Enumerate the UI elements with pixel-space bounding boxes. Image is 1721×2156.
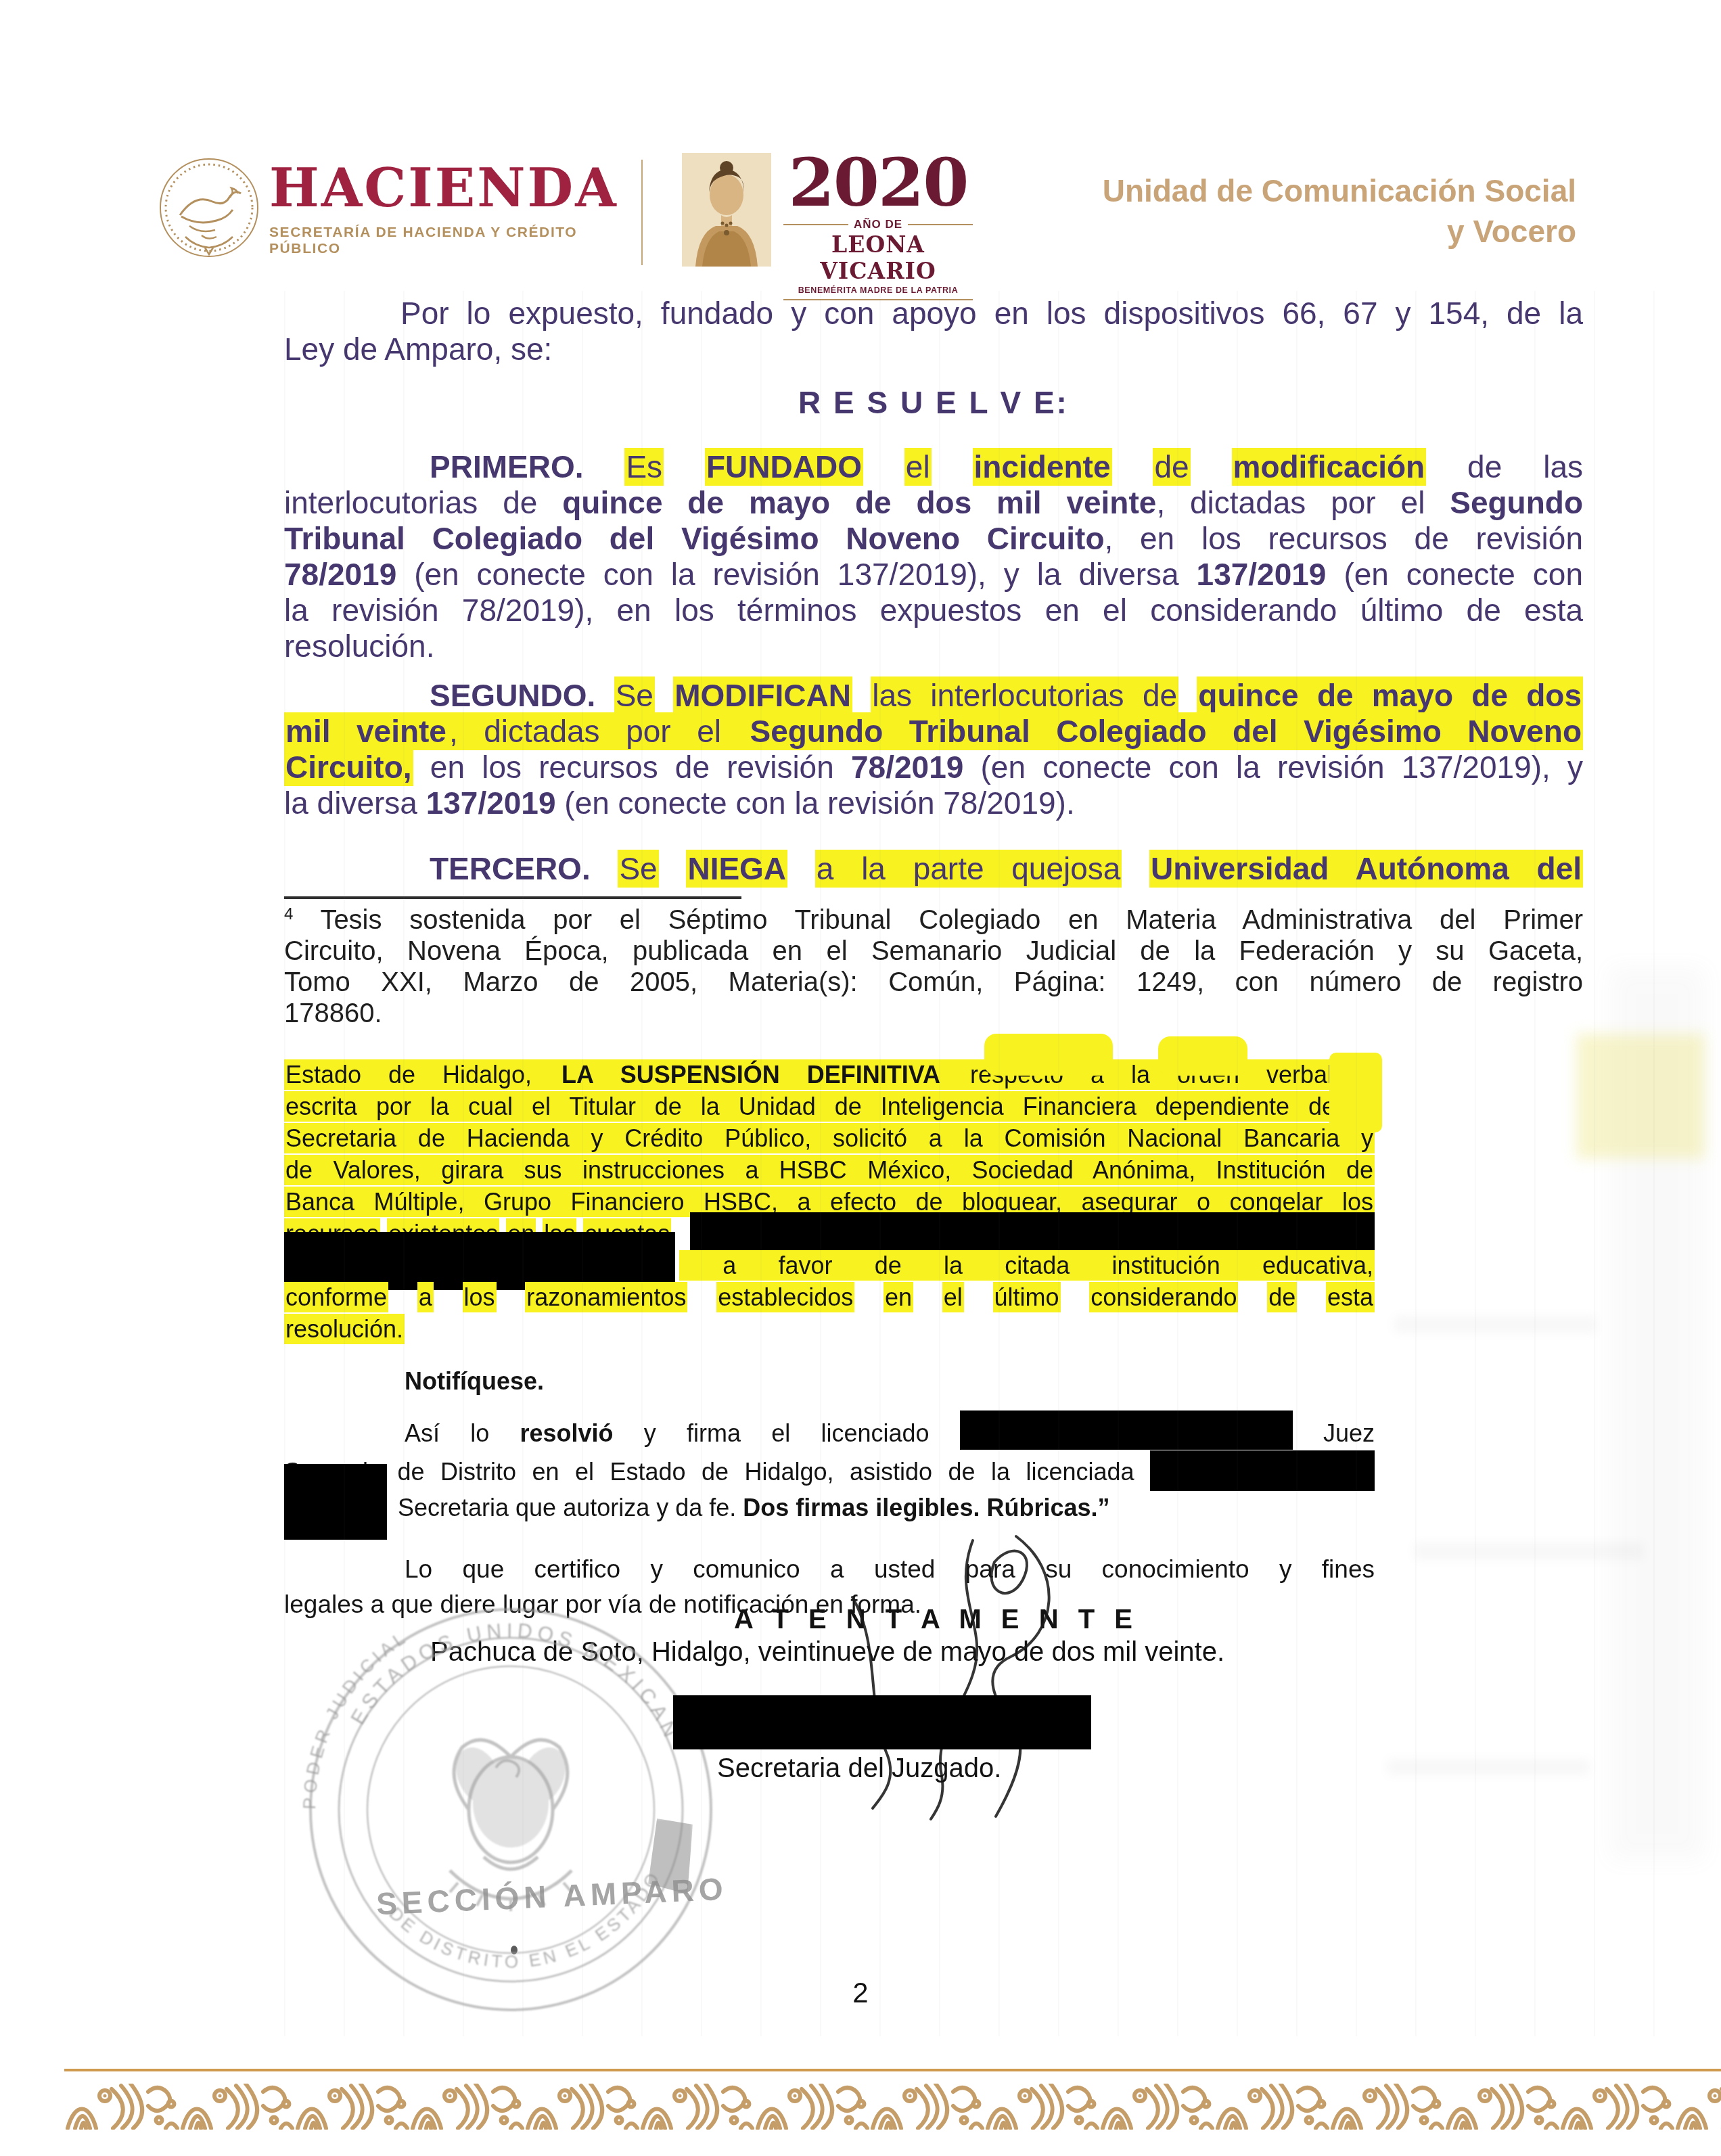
text-run [863,449,904,484]
text-line: mil veinte, dictadas por el Segundo Trib… [284,714,1583,750]
text-line: 178860. [284,998,1583,1029]
text-run [659,851,687,886]
highlighted-text: razonamientos [525,1282,687,1312]
highlighted-text: escrita por la cual el Titular de la Uni… [284,1091,1375,1122]
text-run: TERCERO. [430,851,618,886]
highlighted-text: Circuito, [284,748,413,786]
highlighted-text: de [1267,1282,1297,1312]
redaction-box-signature [673,1695,1091,1749]
year-2020: 2020 [783,150,973,216]
resuelve-heading: R E S U E L V E: [284,385,1583,421]
highlighted-text: a [417,1282,434,1312]
text-line: SEGUNDO. Se MODIFICAN las interlocutoria… [284,678,1583,714]
text-run: , dictadas por el [1156,485,1450,520]
paragraph-notifiquese: Notifíquese. [284,1365,1375,1397]
text-line: Notifíquese. [284,1365,1375,1397]
scanned-document-page: HACIENDA SECRETARÍA DE HACIENDA Y CRÉDIT… [0,0,1721,2156]
scan-bleed-text [1394,1316,1597,1333]
text-run: , en los recursos de revisión [1105,521,1583,556]
text-run: (en conecte con [1326,557,1583,592]
redaction-box [960,1410,1293,1450]
highlighted-text: esta [1326,1282,1375,1312]
text-line: Así lo resolvió y firma el licenciado Ju… [284,1410,1375,1450]
leona-vicario-portrait-icon [682,153,771,267]
paragraph-tercero: TERCERO. Se NIEGA a la parte quejosa Uni… [284,851,1583,887]
text-run [1238,1283,1267,1311]
text-run: (en conecte con la revisión 137/2019), y [963,750,1583,785]
hacienda-brand: HACIENDA SECRETARÍA DE HACIENDA Y CRÉDIT… [269,160,648,257]
scan-bleed-highlight [1576,1034,1705,1159]
text-run: Circuito, Novena Época, publicada en el … [284,936,1583,966]
mexican-coat-of-arms-icon [154,150,264,265]
highlighted-text: mil veinte [284,712,448,750]
text-run: 178860. [284,999,382,1028]
text-run: la revisión 78/2019), en los términos ex… [284,593,1583,628]
text-line: 4 Tesis sostenida por el Séptimo Tribuna… [284,904,1583,936]
text-line: Por lo expuesto, fundado y con apoyo en … [284,296,1583,331]
text-line: TERCERO. Se NIEGA a la parte quejosa Uni… [284,851,1583,887]
text-run [497,1283,526,1311]
text-run [434,1283,463,1311]
highlighted-text: Segundo Tribunal Colegiado del Vigésimo … [749,712,1584,750]
highlighted-text: último [993,1282,1061,1312]
text-line: Tomo XXI, Marzo de 2005, Materia(s): Com… [284,967,1583,998]
text-run: Tesis sostenida por el Séptimo Tribunal … [293,905,1583,935]
paragraph-intro: Por lo expuesto, fundado y con apoyo en … [284,296,1583,367]
highlighted-text: las interlocutorias de [871,676,1178,714]
highlighted-text: establecidos [716,1282,854,1312]
text-line: Circuito, Novena Época, publicada en el … [284,936,1583,967]
text-line: resolución. [284,1313,1375,1345]
highlighted-text: Es [624,448,664,486]
paragraph-primero: PRIMERO. Es FUNDADO el incidente de modi… [284,449,1583,664]
text-run: Segundo de Distrito en el Estado de Hida… [284,1458,1150,1486]
text-line: Circuito, en los recursos de revisión 78… [284,750,1583,785]
text-run [1112,449,1153,484]
year-sub2: LEONA VICARIO [783,231,973,284]
text-line: Segundo de Distrito en el Estado de Hida… [284,1450,1375,1491]
text-run: Dos firmas ilegibles. Rúbricas.” [743,1494,1109,1521]
text-run: interlocutorias de [284,485,562,520]
highlighted-text: , dictadas por el [448,712,749,750]
text-run [1297,1283,1326,1311]
highlighted-text: Estado de Hidalgo, [284,1059,560,1090]
highlighted-text: de Valores, girara sus instrucciones a H… [284,1155,1375,1185]
page-number: 2 [0,1977,1721,2009]
text-run [1122,851,1149,886]
text-run [913,1283,942,1311]
highlighted-text: Se [614,676,655,714]
text-run: la diversa [284,785,426,821]
text-run [664,449,705,484]
text-run [655,678,673,713]
paragraph-firma: Así lo resolvió y firma el licenciado Ju… [284,1410,1375,1525]
text-line: resolución. [284,628,1583,664]
text-line: 78/2019 (en conecte con la revisión 137/… [284,557,1583,593]
highlighted-text: a favor de la citada institución educati… [679,1250,1375,1281]
text-run [854,1283,884,1311]
text-run [388,1283,417,1311]
text-line: Secretaria que autoriza y da fe. Dos fir… [284,1491,1375,1525]
redaction-box [690,1212,1375,1254]
highlighted-text: conforme [284,1282,388,1312]
aztec-pattern-band-icon [64,2084,1721,2130]
highlighted-text: Se [618,850,658,888]
highlighted-text: resolución. [284,1314,405,1344]
highlighted-text: a la parte quejosa [815,850,1122,888]
text-line: de Valores, girara sus instrucciones a H… [284,1154,1375,1186]
judicial-round-seal-icon: ESTADOS UNIDOS MEXICANOS PODER JUDICIAL … [281,1586,741,2040]
text-run: en los recursos de revisión [413,750,851,785]
highlighted-text: Secretaria de Hacienda y Crédito Público… [284,1123,1375,1153]
document-body: Por lo expuesto, fundado y con apoyo en … [284,296,1583,1622]
text-run: (en conecte con la revisión 78/2019). [556,785,1075,821]
highlighted-text: MODIFICAN [673,676,852,714]
text-run: SEGUNDO. [430,678,595,713]
text-run: de las [1426,449,1583,484]
text-line: Secretaria de Hacienda y Crédito Público… [284,1122,1375,1154]
text-run: y firma el licenciado [614,1419,960,1447]
text-run: Tomo XXI, Marzo de 2005, Materia(s): Com… [284,967,1583,997]
highlighted-text: modificación [1232,448,1427,486]
text-run [964,1283,993,1311]
highlighted-text: Universidad Autónoma del [1149,850,1583,888]
footnote-divider [284,896,741,899]
highlighted-text: de [1153,448,1190,486]
redaction-box [284,1464,387,1540]
text-run: Juez [1293,1419,1375,1447]
text-line: escrita por la cual el Titular de la Uni… [284,1091,1375,1122]
text-run: 78/2019 [284,557,396,592]
highlighted-text: LA SUSPENSIÓN DEFINITIVA [560,1059,942,1090]
secretaria-juzgado-label: Secretaria del Juzgado. [717,1753,1001,1784]
text-run: resolvió [520,1419,613,1447]
scan-bleed-text [1387,1759,1590,1775]
unit-title: Unidad de Comunicación Social y Vocero [1103,170,1576,252]
highlighted-text: incidente [973,448,1112,486]
unit-line1: Unidad de Comunicación Social [1103,170,1576,211]
year-logo: 2020 AÑO DE LEONA VICARIO BENEMÉRITA MAD… [783,150,973,300]
year-sub3: BENEMÉRITA MADRE DE LA PATRIA [783,285,973,295]
highlighted-text: el [904,448,932,486]
footnote: 4 Tesis sostenida por el Séptimo Tribuna… [284,904,1583,1029]
text-run: quince de mayo de dos mil veinte [562,485,1156,520]
highlighted-text: NIEGA [686,850,787,888]
paragraph-suspension: Estado de Hidalgo, LA SUSPENSIÓN DEFINIT… [284,1059,1375,1345]
text-line: interlocutorias de quince de mayo de dos… [284,485,1583,521]
brand-subtitle: SECRETARÍA DE HACIENDA Y CRÉDITO PÚBLICO [269,225,648,257]
highlighter-mark [1329,1053,1382,1132]
text-run [1178,678,1197,713]
highlighted-text: FUNDADO [705,448,863,486]
text-line: la revisión 78/2019), en los términos ex… [284,593,1583,628]
text-line: Ley de Amparo, se: [284,331,1583,367]
header-divider [641,160,643,265]
scan-bleed-text [1414,1542,1644,1560]
text-run: Secretaria que autoriza y da fe. [391,1494,743,1521]
redaction-box [1150,1450,1375,1491]
unit-line2: y Vocero [1103,211,1576,252]
text-line: a favor de la citada institución educati… [284,1249,1375,1281]
text-run [1191,449,1232,484]
text-run: Así lo [405,1419,520,1447]
text-run [852,678,871,713]
text-line: PRIMERO. Es FUNDADO el incidente de modi… [284,449,1583,485]
text-run: Tribunal Colegiado del Vigésimo Noveno C… [284,521,1105,556]
text-run [932,449,973,484]
highlighted-text: el [942,1282,964,1312]
text-run: Segundo [1450,485,1583,520]
highlighter-mark [984,1034,1113,1076]
text-run: resolución. [284,628,434,664]
brand-title: HACIENDA [269,160,648,218]
highlighted-text: considerando [1089,1282,1238,1312]
text-run [687,1283,716,1311]
text-run: Por lo expuesto, fundado y con apoyo en … [400,296,1583,331]
text-run: Notifíquese. [405,1367,544,1395]
highlighted-text: los [463,1282,497,1312]
text-line: conforme a los razonamientos establecido… [284,1281,1375,1313]
text-run: 137/2019 [426,785,556,821]
text-line: Tribunal Colegiado del Vigésimo Noveno C… [284,521,1583,557]
footnote-marker: 4 [284,905,293,923]
text-line: la diversa 137/2019 (en conecte con la r… [284,785,1583,821]
text-run: 78/2019 [851,750,963,785]
highlighted-text: en [884,1282,913,1312]
text-run [595,678,614,713]
text-run: (en conecte con la revisión 137/2019), y… [396,557,1196,592]
text-run [787,851,815,886]
text-run: Ley de Amparo, se: [284,331,552,367]
highlighted-text: quince de mayo de dos [1197,676,1583,714]
text-run [1061,1283,1090,1311]
text-run: PRIMERO. [430,449,624,484]
footer-gold-rule [64,2069,1721,2071]
text-run: 137/2019 [1197,557,1327,592]
highlighter-mark [1158,1036,1247,1076]
paragraph-segundo: SEGUNDO. Se MODIFICAN las interlocutoria… [284,678,1583,821]
